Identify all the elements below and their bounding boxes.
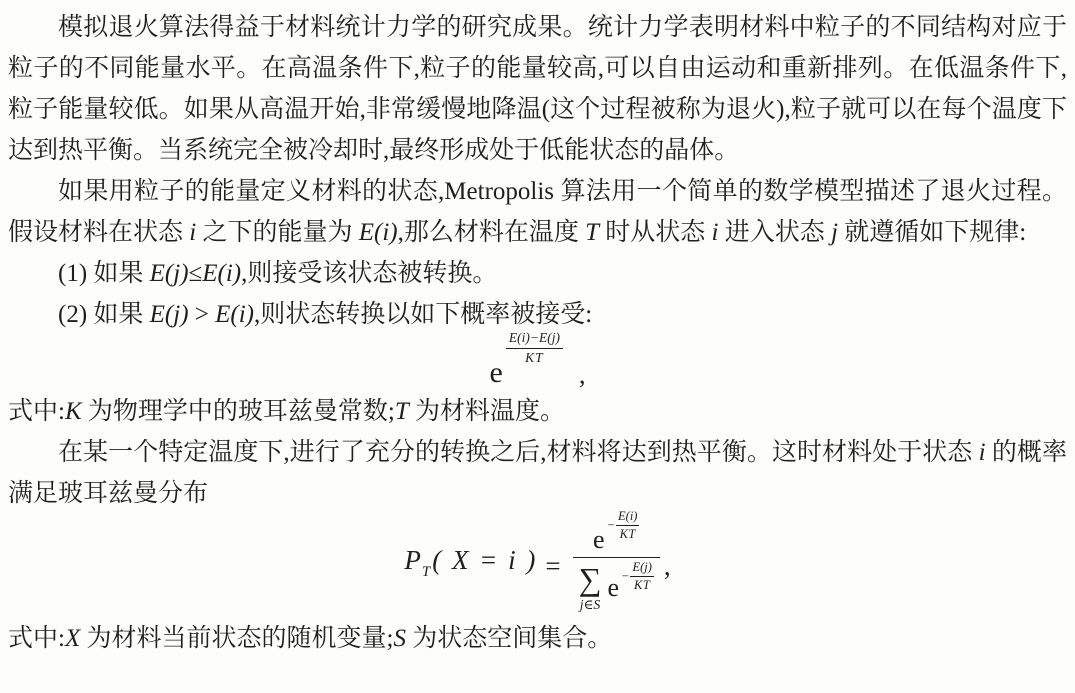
leq-operator: ≤: [189, 260, 203, 287]
text-run: ,那么材料在温度: [398, 219, 586, 246]
text-run: 之下的能量为: [196, 219, 359, 246]
text-run: 进入状态: [719, 219, 832, 246]
exponent-numerator: E(i): [616, 509, 639, 526]
rule-item-2: (2) 如果 E(j) > E(i),则状态转换以如下概率被接受:: [8, 294, 1067, 335]
subscript-T: T: [422, 564, 430, 580]
exponent-group: −E(j)KT: [621, 560, 654, 593]
math-var-i: i: [979, 439, 986, 466]
math-var-K: K: [65, 398, 82, 425]
paragraph-annealing-intro: 模拟退火算法得益于材料统计力学的研究成果。统计力学表明材料中粒子的不同结构对应于…: [8, 7, 1067, 171]
exponent-fraction: E(j)KT: [630, 560, 653, 593]
formula-argument: ( X = i ): [432, 545, 537, 575]
math-var-S: S: [393, 625, 406, 652]
text-run: ,则接受该状态被转换。: [241, 260, 497, 287]
main-fraction: e−E(i)KT ∑j∈Se−E(j)KT: [573, 520, 660, 612]
math-var-j: j: [831, 219, 838, 246]
text-run: 为状态空间集合。: [406, 625, 612, 652]
summation-index: j∈S: [580, 598, 601, 612]
text-run: (1) 如果: [58, 260, 150, 287]
equals-sign: =: [545, 546, 560, 587]
formula-lhs: PT( X = i ): [404, 540, 537, 593]
exponent-numerator: E(j): [630, 560, 653, 577]
trailing-comma: ,: [579, 362, 586, 388]
boltzmann-distribution-formula: PT( X = i ) = e−E(i)KT ∑j∈Se−E(j)KT ,: [8, 514, 1067, 618]
rule-item-1: (1) 如果 E(j)≤E(i),则接受该状态被转换。: [8, 253, 1067, 294]
text-run: 为物理学中的玻耳兹曼常数;: [82, 398, 395, 425]
exponent-fraction: E(i)KT: [616, 509, 639, 542]
math-var-i: i: [712, 219, 719, 246]
text-run: 在某一个特定温度下,进行了充分的转换之后,材料将达到热平衡。这时材料处于状态: [58, 439, 979, 466]
latin-word-metropolis: Metropolis: [444, 178, 554, 205]
fraction-numerator: e−E(i)KT: [587, 520, 645, 557]
math-var-T: T: [585, 219, 599, 246]
math-var-X: X: [65, 625, 80, 652]
gt-operator: >: [189, 301, 216, 328]
math-expr-Ei: E(i): [359, 219, 398, 246]
paragraph-equilibrium: 在某一个特定温度下,进行了充分的转换之后,材料将达到热平衡。这时材料处于状态 i…: [8, 432, 1067, 514]
math-expr-Ej: E(j): [150, 301, 189, 328]
text-run: 就遵循如下规律:: [838, 219, 1026, 246]
text-run: (2) 如果: [58, 301, 150, 328]
exponent-denominator: KT: [634, 577, 650, 593]
paragraph-metropolis: 如果用粒子的能量定义材料的状态,Metropolis 算法用一个简单的数学模型描…: [8, 171, 1067, 253]
text-run: 为材料当前状态的随机变量;: [80, 625, 393, 652]
math-expr-Ej: E(j): [150, 260, 189, 287]
math-expr-Ei: E(i): [215, 301, 254, 328]
minus-sign: −: [607, 518, 615, 533]
exponent-denominator: KT: [620, 526, 636, 542]
exponent-fraction: E(i)−E(j)KT: [506, 330, 563, 367]
exponent-denominator: KT: [525, 349, 544, 367]
text-run: 为材料温度。: [409, 398, 565, 425]
minus-sign: −: [621, 569, 629, 584]
euler-e-base: e: [490, 358, 503, 388]
text-run: 式中:: [8, 625, 65, 652]
trailing-comma: ,: [664, 546, 671, 587]
text-run: 式中:: [8, 398, 65, 425]
exponent-numerator: E(i)−E(j): [506, 330, 563, 349]
text-run: 如果用粒子的能量定义材料的状态,: [58, 178, 444, 205]
text-run: 模拟退火算法得益于材料统计力学的研究成果。统计力学表明材料中粒子的不同结构对应于…: [8, 14, 1067, 164]
euler-e-base: e: [607, 575, 619, 601]
where-clause-2: 式中:X 为材料当前状态的随机变量;S 为状态空间集合。: [8, 618, 1067, 659]
fraction-denominator: ∑j∈Se−E(j)KT: [573, 557, 660, 612]
exponent-group: −E(i)KT: [607, 509, 640, 542]
summation: ∑j∈S: [579, 563, 602, 612]
where-clause-1: 式中:K 为物理学中的玻耳兹曼常数;T 为材料温度。: [8, 391, 1067, 432]
math-var-P: P: [404, 545, 421, 575]
math-var-T: T: [395, 398, 409, 425]
sigma-symbol: ∑: [579, 563, 602, 595]
text-run: ,则状态转换以如下概率被接受:: [254, 301, 592, 328]
text-run: 时从状态: [599, 219, 712, 246]
acceptance-probability-formula: eE(i)−E(j)KT,: [8, 338, 1067, 388]
document-page: 模拟退火算法得益于材料统计力学的研究成果。统计力学表明材料中粒子的不同结构对应于…: [0, 0, 1075, 659]
math-expr-Ei: E(i): [202, 260, 241, 287]
euler-e-base: e: [593, 527, 605, 553]
